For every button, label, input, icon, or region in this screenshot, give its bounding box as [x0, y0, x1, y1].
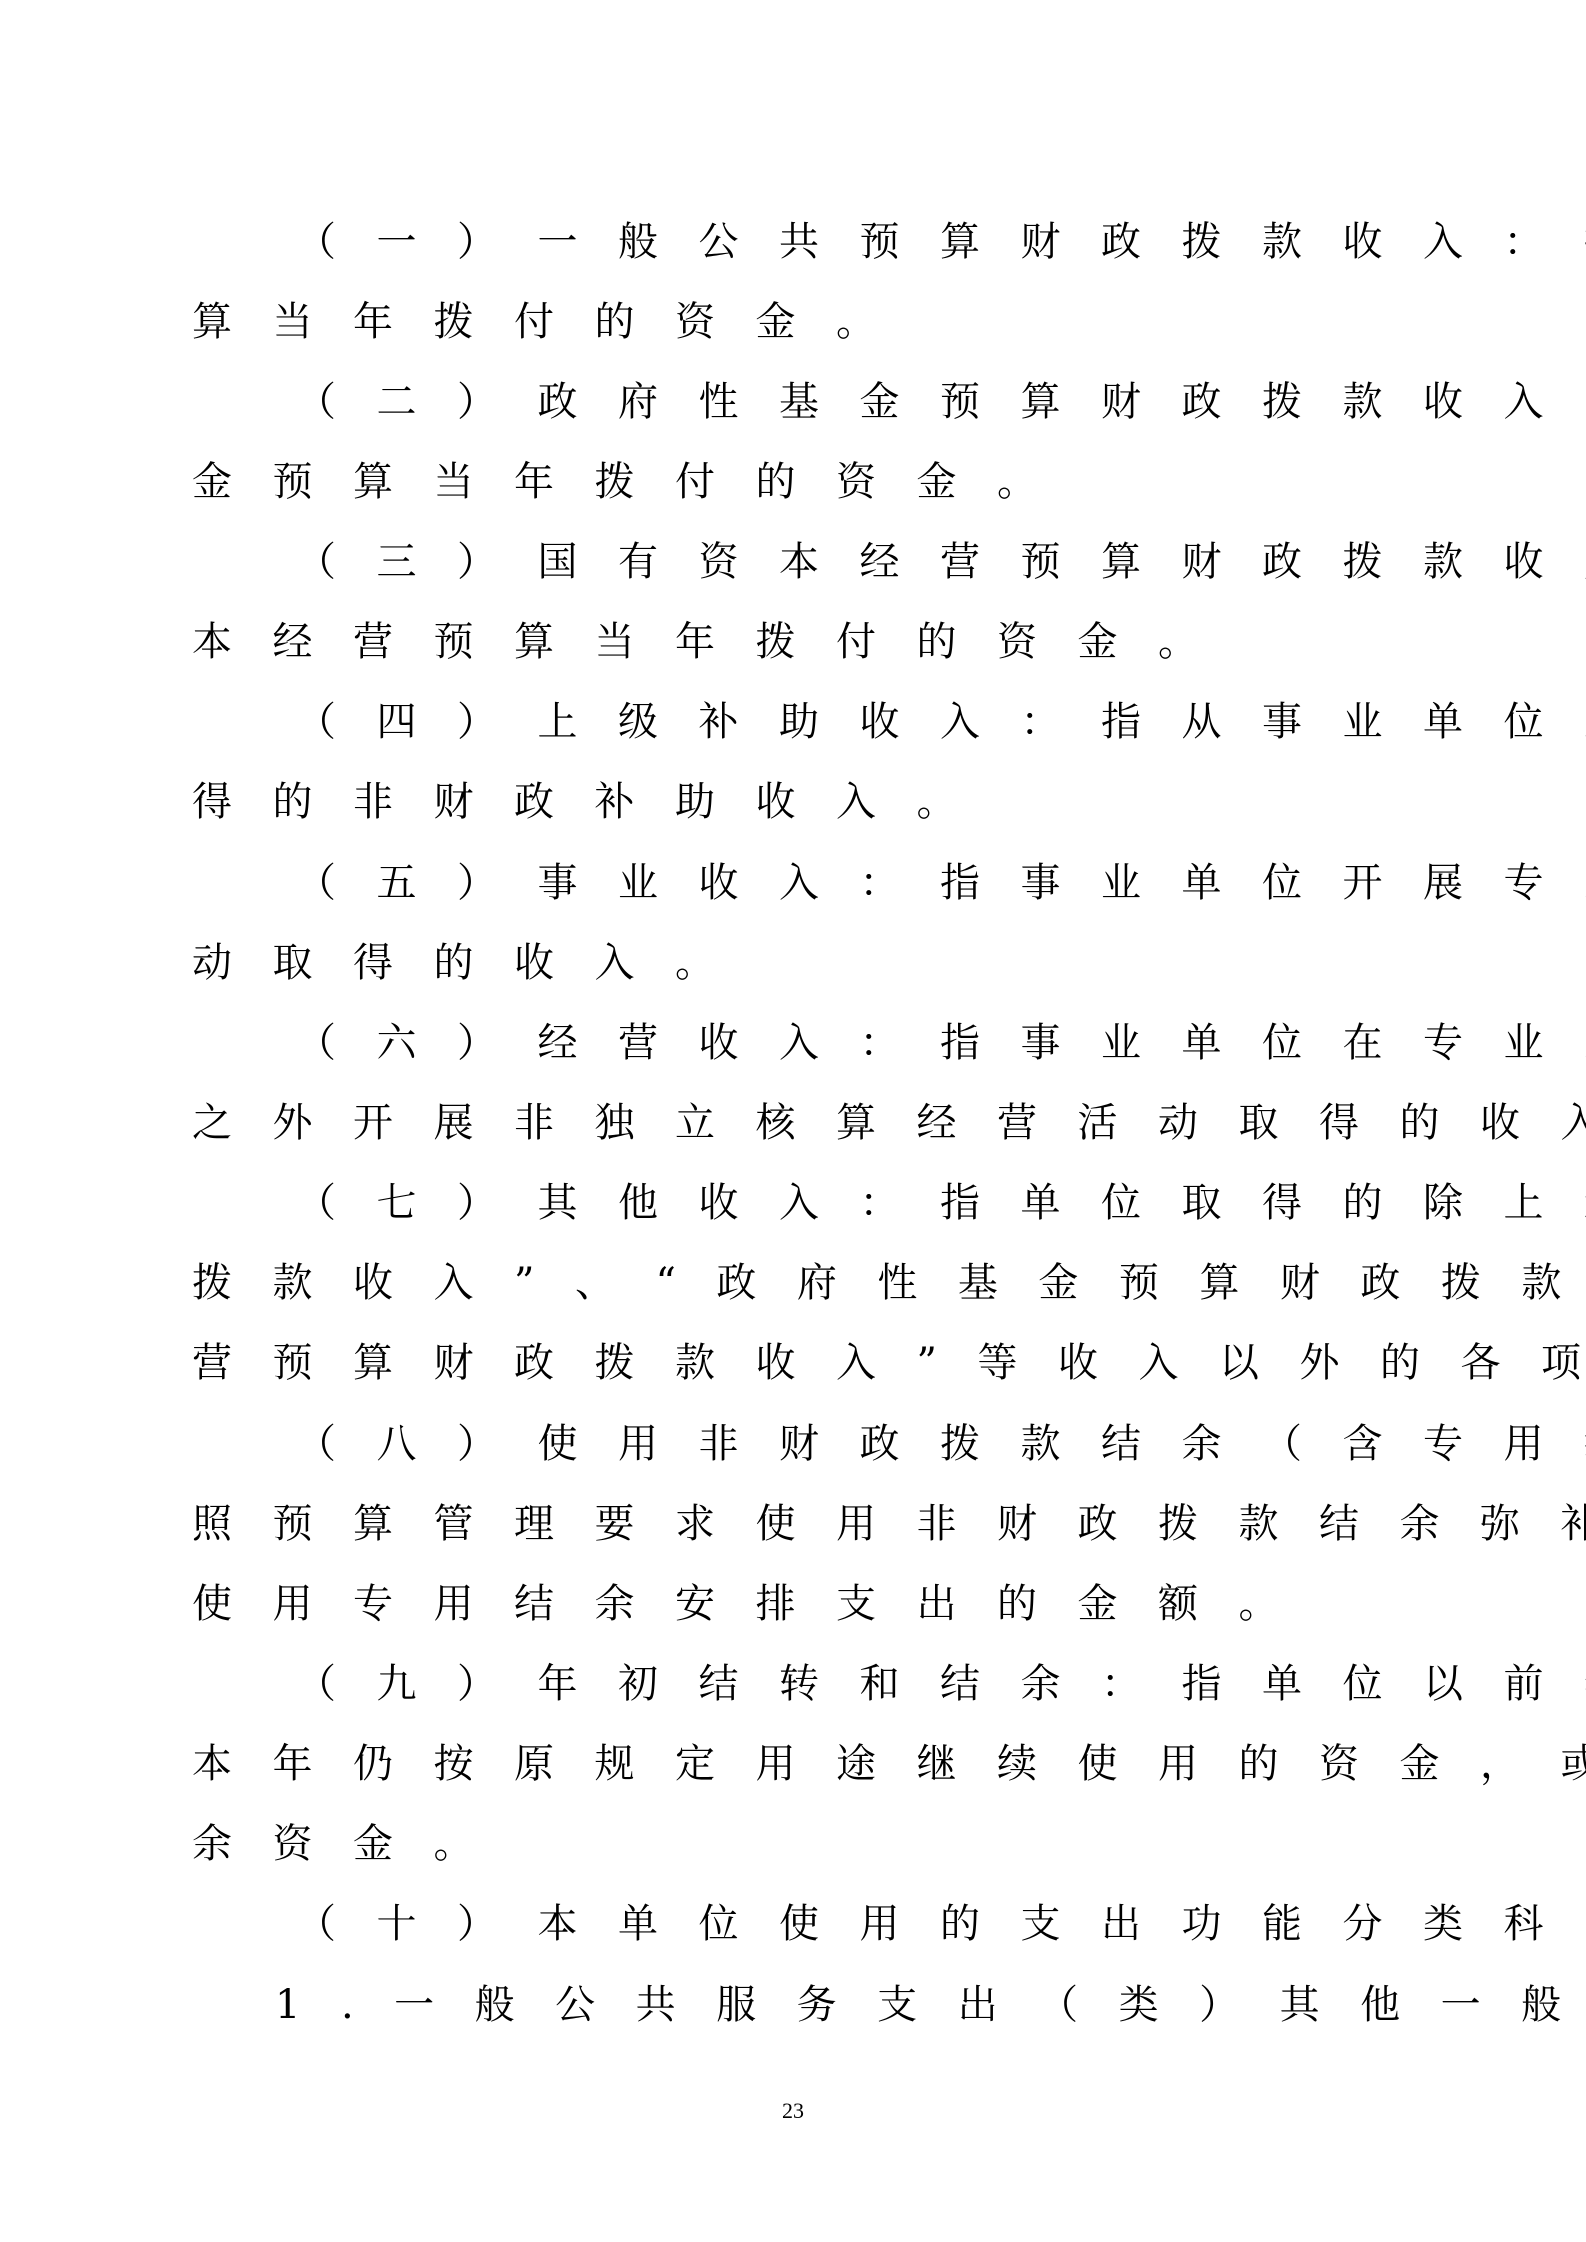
- paragraph-7-line-1: （七）其他收入：指单位取得的除上述“一般公共预算财政: [296, 1163, 1526, 1243]
- paragraph-6-line-2: 之外开展非独立核算经营活动取得的收入。: [192, 1083, 1422, 1163]
- item-1-line-1: 1.一般公共服务支出（类）其他一般公共服务支出（款）其: [275, 1965, 1505, 2045]
- paragraph-5-line-1: （五）事业收入：指事业单位开展专业业务活动及其辅助活: [296, 843, 1526, 923]
- paragraph-7-line-3: 营预算财政拨款收入”等收入以外的各项收入。: [192, 1323, 1422, 1403]
- paragraph-1-line-1: （一）一般公共预算财政拨款收入：指省级财政一般公共预: [296, 202, 1526, 282]
- paragraph-7-line-2: 拨款收入”、“政府性基金预算财政拨款收入”、“国有资本经: [192, 1243, 1422, 1323]
- paragraph-6-line-1: （六）经营收入：指事业单位在专业业务活动及其辅助活动: [296, 1003, 1526, 1083]
- paragraph-4-line-2: 得的非财政补助收入。: [192, 762, 1422, 842]
- paragraph-2-line-1: （二）政府性基金预算财政拨款收入：指省级财政政府性基: [296, 362, 1526, 442]
- paragraph-4-line-1: （四）上级补助收入：指从事业单位主管部门和上级单位取: [296, 682, 1526, 762]
- page-number: 23: [0, 2098, 1586, 2124]
- paragraph-8-line-2: 照预算管理要求使用非财政拨款结余弥补收支差额的金额，以及: [192, 1484, 1422, 1564]
- paragraph-2-line-2: 金预算当年拨付的资金。: [192, 442, 1422, 522]
- paragraph-3-line-2: 本经营预算当年拨付的资金。: [192, 602, 1422, 682]
- paragraph-9-line-1: （九）年初结转和结余：指单位以前年度尚未完成、结转到: [296, 1644, 1526, 1724]
- paragraph-8-line-1: （八）使用非财政拨款结余（含专用结余）：指事业单位按: [296, 1404, 1526, 1484]
- document-page: （一）一般公共预算财政拨款收入：指省级财政一般公共预 算当年拨付的资金。 （二）…: [0, 0, 1586, 2242]
- paragraph-9-line-3: 余资金。: [192, 1804, 1422, 1884]
- paragraph-3-line-1: （三）国有资本经营预算财政拨款收入：指省级财政国有资: [296, 522, 1526, 602]
- paragraph-9-line-2: 本年仍按原规定用途继续使用的资金，或项目已完成等产生的结: [192, 1724, 1422, 1804]
- section-10-heading: （十）本单位使用的支出功能分类科目: [296, 1884, 1526, 1964]
- paragraph-8-line-3: 使用专用结余安排支出的金额。: [192, 1564, 1422, 1644]
- paragraph-5-line-2: 动取得的收入。: [192, 923, 1422, 1003]
- paragraph-1-line-2: 算当年拨付的资金。: [192, 282, 1422, 362]
